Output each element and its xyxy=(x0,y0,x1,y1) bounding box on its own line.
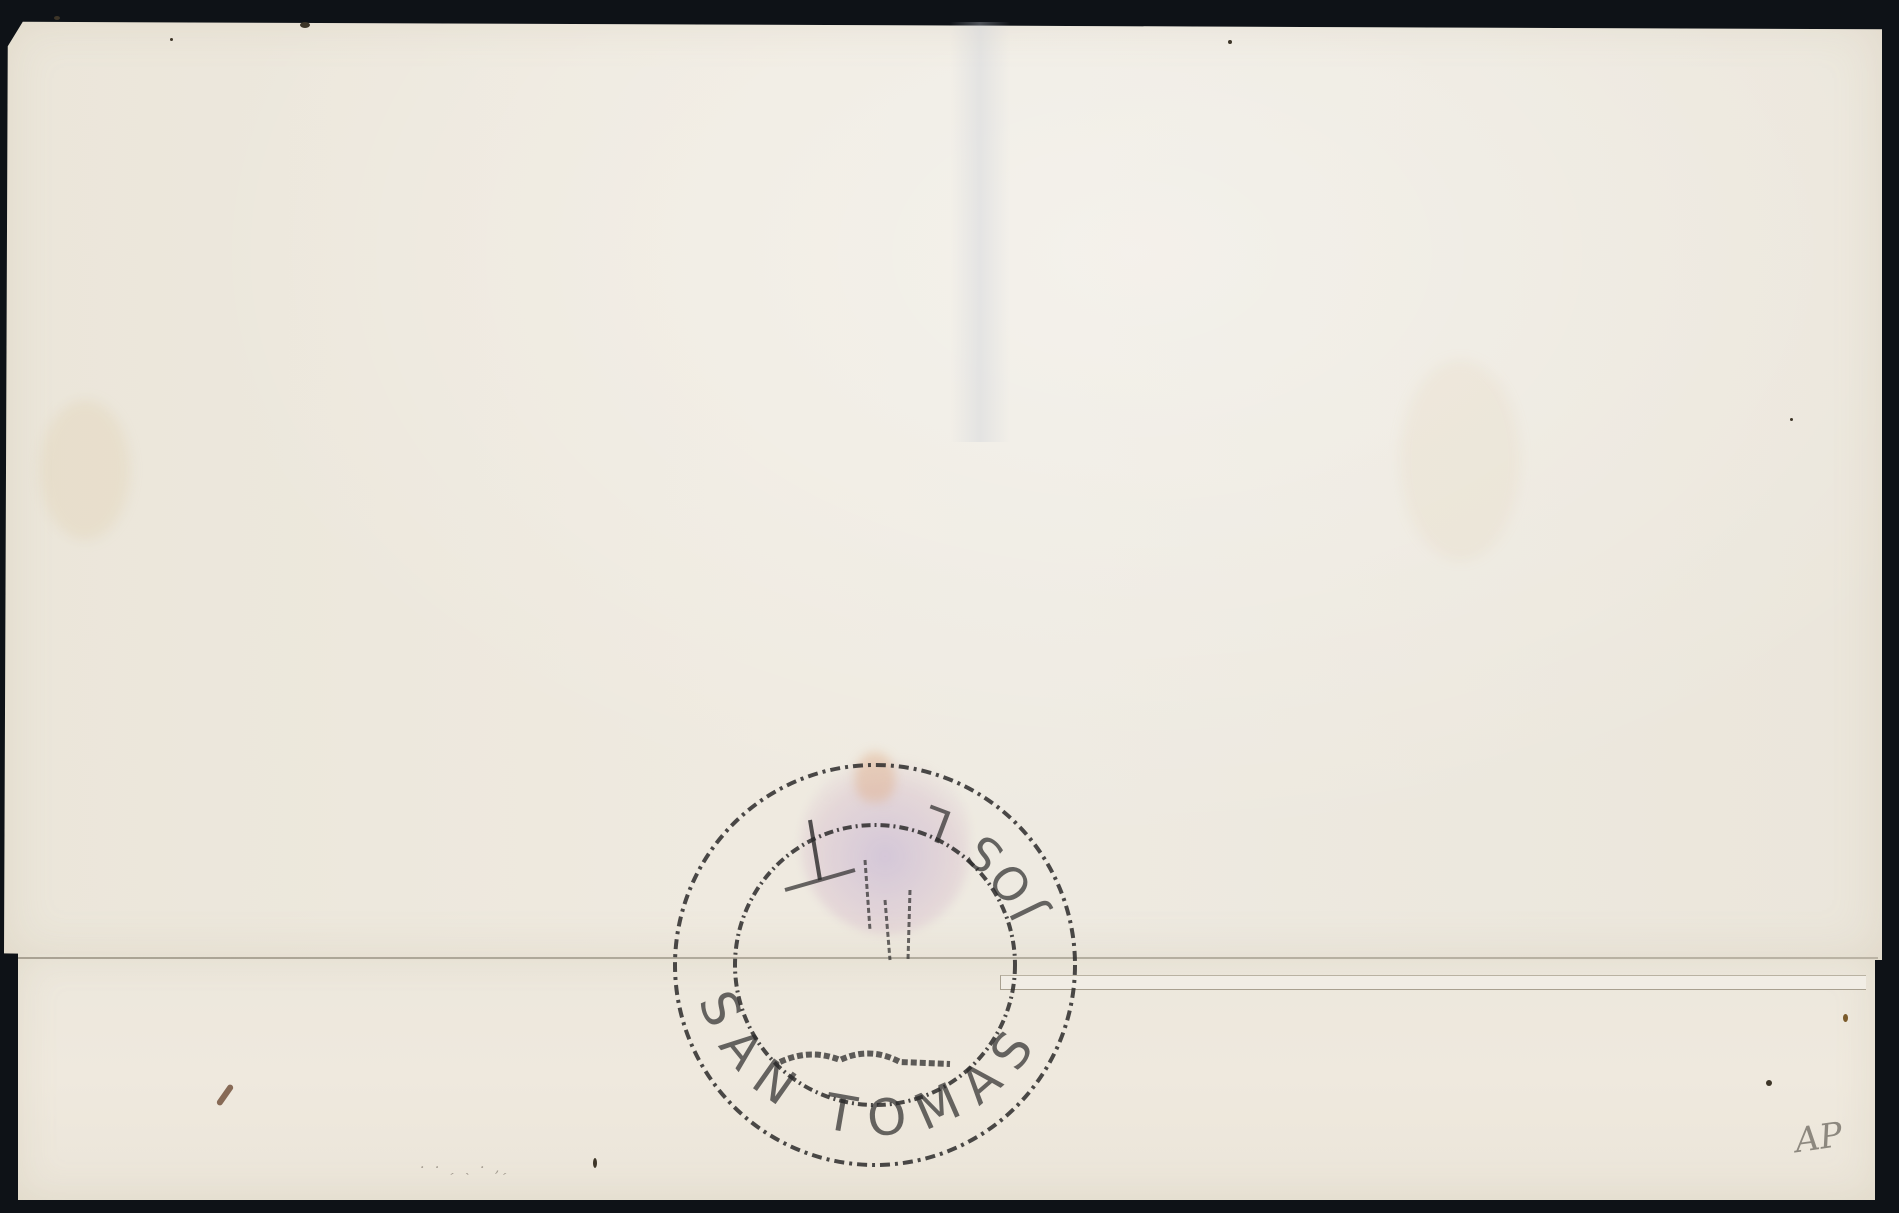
postmark-circular-datestamp: JOS L SAN TOMAS xyxy=(660,730,1180,1200)
speck xyxy=(1766,1080,1772,1086)
speck xyxy=(1228,40,1232,44)
foxing-stain xyxy=(40,400,130,540)
foxing-stain xyxy=(1400,360,1520,560)
scan-background: JOS L SAN TOMAS AP · · ˏ ˎ · ,ˏ xyxy=(0,0,1899,1213)
postmark-icon: JOS L SAN TOMAS xyxy=(660,730,1180,1200)
pencil-initials: AP xyxy=(1792,1115,1845,1161)
svg-text:SAN TOMAS: SAN TOMAS xyxy=(687,983,1054,1149)
svg-text:JOS L: JOS L xyxy=(906,791,1055,932)
speck xyxy=(170,38,173,41)
speck xyxy=(54,16,60,20)
speck xyxy=(300,22,310,28)
speck xyxy=(1790,418,1793,421)
speck xyxy=(1843,1014,1848,1022)
speck xyxy=(593,1158,597,1168)
faint-scribble: · · ˏ ˎ · ,ˏ xyxy=(420,1160,510,1177)
paper-crease xyxy=(950,22,1010,442)
